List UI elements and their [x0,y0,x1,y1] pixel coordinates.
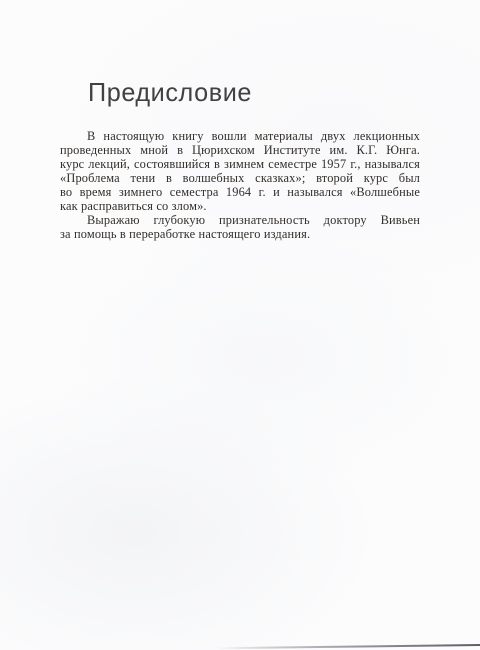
paragraph: В настоящую книгу вошли материалы двух л… [60,129,420,213]
page-title: Предисловие [88,78,252,106]
text-line: В настоящую книгу вошли материалы двух л… [60,129,420,143]
text-line: во время зимнего семестра 1964 г. и назы… [60,185,420,199]
paragraph: Выражаю глубокую признательность доктору… [60,213,420,241]
text-line: за помощь в переработке настоящего издан… [60,227,420,241]
text-line: проведенных мной в Цюрихском Институте и… [60,143,420,157]
preface-body: В настоящую книгу вошли материалы двух л… [60,129,420,241]
text-line: как расправиться со злом». [60,199,420,213]
text-line: курс лекций, состоявшийся в зимнем семес… [60,157,420,171]
text-line: Выражаю глубокую признательность доктору… [60,213,420,227]
page-edge-scan-shadow [216,644,480,649]
scanned-book-page: Предисловие В настоящую книгу вошли мате… [0,0,480,650]
text-line: «Проблема тени в волшебных сказках»; вто… [60,171,420,185]
